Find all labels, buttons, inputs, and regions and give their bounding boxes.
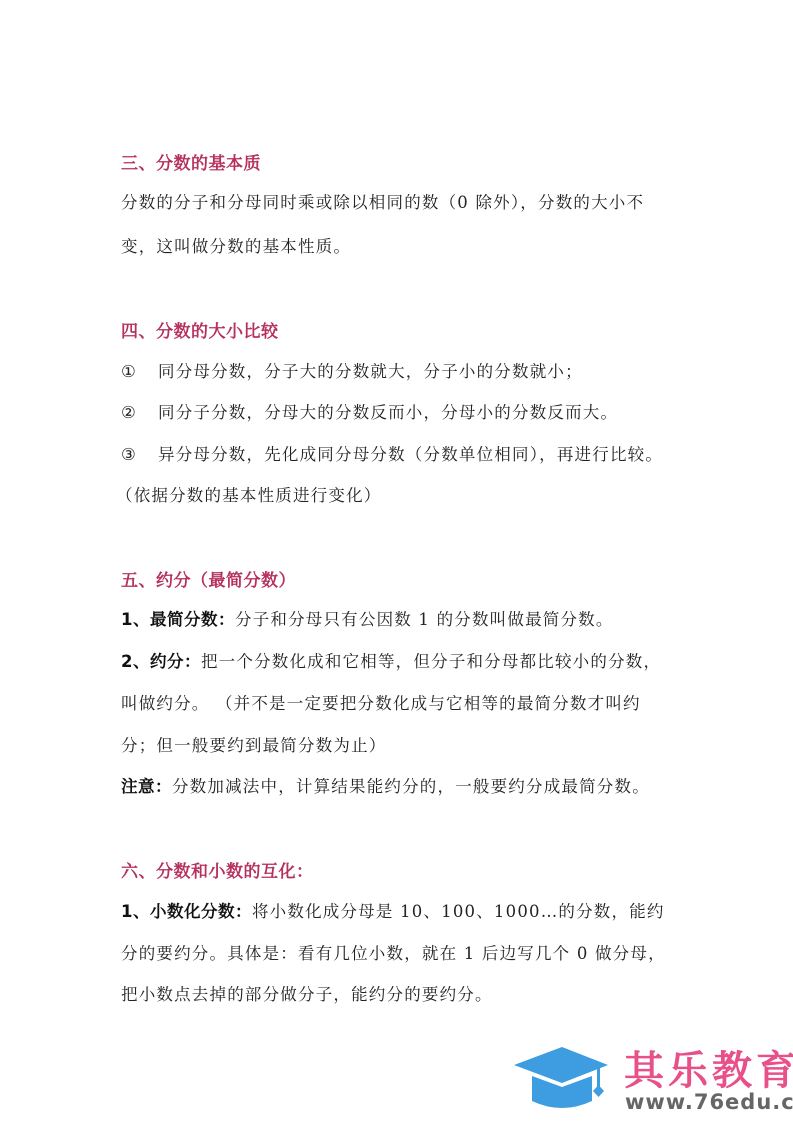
- brand-title: 其乐教育: [624, 1039, 793, 1096]
- list-marker: ①: [121, 362, 158, 381]
- definition-label: 1、小数化分数：: [121, 902, 252, 921]
- list-item: ①同分母分数，分子大的分数就大，分子小的分数就小；: [121, 358, 583, 382]
- list-item-text: 同分母分数，分子大的分数就大，分子小的分数就小；: [158, 362, 583, 381]
- definition-label: 1、最简分数：: [121, 610, 235, 629]
- definition-item: 1、最简分数：分子和分母只有公因数 1 的分数叫做最简分数。: [121, 606, 614, 630]
- paragraph-line: 变，这叫做分数的基本性质。: [121, 233, 351, 257]
- brand-logo[interactable]: 其乐教育 www.76edu.com: [512, 1035, 792, 1115]
- document-page: 三、分数的基本质 分数的分子和分母同时乘或除以相同的数（0 除外），分数的大小不…: [0, 0, 793, 1122]
- definition-text: 将小数化成分母是 10、100、1000…的分数，能约: [252, 902, 665, 921]
- note-label: 注意：: [121, 777, 172, 796]
- paragraph-line: 把小数点去掉的部分做分子，能约分的要约分。: [121, 981, 493, 1005]
- list-item: ②同分子分数，分母大的分数反而小，分母小的分数反而大。: [121, 399, 618, 423]
- list-item-text: 异分母分数，先化成同分母分数（分数单位相同），再进行比较。: [158, 445, 663, 464]
- paragraph-line: 分数的分子和分母同时乘或除以相同的数（0 除外），分数的大小不: [121, 189, 644, 213]
- list-item: ③异分母分数，先化成同分母分数（分数单位相同），再进行比较。: [121, 441, 663, 465]
- definition-label: 2、约分：: [121, 652, 201, 671]
- definition-text: 把一个分数化成和它相等，但分子和分母都比较小的分数，: [201, 652, 661, 671]
- section-heading-comparison: 四、分数的大小比较: [121, 317, 279, 342]
- definition-text: 分子和分母只有公因数 1 的分数叫做最简分数。: [235, 610, 614, 629]
- paragraph-line: 分；但一般要约到最简分数为止）: [121, 732, 387, 756]
- graduation-cap-icon: [512, 1043, 612, 1113]
- definition-item: 1、小数化分数：将小数化成分母是 10、100、1000…的分数，能约: [121, 898, 665, 922]
- paragraph-note: （依据分数的基本性质进行变化）: [116, 482, 382, 506]
- section-heading-fraction-decimal: 六、分数和小数的互化：: [121, 857, 314, 882]
- list-marker: ③: [121, 445, 158, 464]
- brand-url[interactable]: www.76edu.com: [625, 1090, 793, 1114]
- definition-item: 2、约分：把一个分数化成和它相等，但分子和分母都比较小的分数，: [121, 648, 661, 672]
- list-marker: ②: [121, 403, 158, 422]
- section-heading-reduction: 五、约分（最简分数）: [121, 566, 296, 591]
- paragraph-line: 叫做约分。 （并不是一定要把分数化成与它相等的最简分数才叫约: [121, 690, 641, 714]
- paragraph-line: 分的要约分。具体是：看有几位小数，就在 1 后边写几个 0 做分母，: [121, 940, 666, 964]
- note-item: 注意：分数加减法中，计算结果能约分的，一般要约分成最简分数。: [121, 773, 650, 797]
- list-item-text: 同分子分数，分母大的分数反而小，分母小的分数反而大。: [158, 403, 618, 422]
- section-heading-basic-property: 三、分数的基本质: [121, 149, 261, 174]
- note-text: 分数加减法中，计算结果能约分的，一般要约分成最简分数。: [172, 777, 650, 796]
